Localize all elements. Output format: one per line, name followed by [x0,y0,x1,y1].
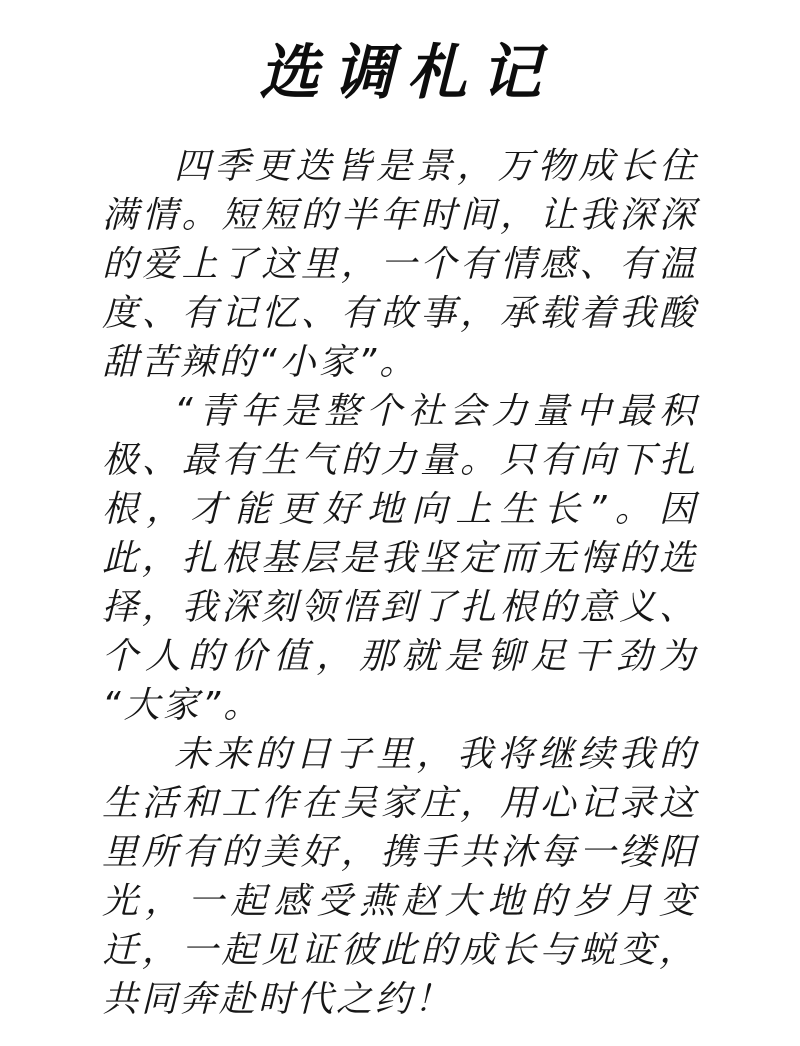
document-page: 选调札记 四季更迭皆是景，万物成长住满情。短短的半年时间，让我深深的爱上了这里，… [0,0,800,1046]
document-body: 四季更迭皆是景，万物成长住满情。短短的半年时间，让我深深的爱上了这里，一个有情感… [102,142,698,1024]
paragraph-youth-quote: “青年是整个社会力量中最积极、最有生气的力量。只有向下扎根，才能更好地向上生长”… [102,387,698,730]
paragraph-four-seasons: 四季更迭皆是景，万物成长住满情。短短的半年时间，让我深深的爱上了这里，一个有情感… [102,142,698,387]
document-title: 选调札记 [102,34,698,112]
paragraph-future-days: 未来的日子里，我将继续我的生活和工作在吴家庄，用心记录这里所有的美好，携手共沐每… [102,730,698,1024]
